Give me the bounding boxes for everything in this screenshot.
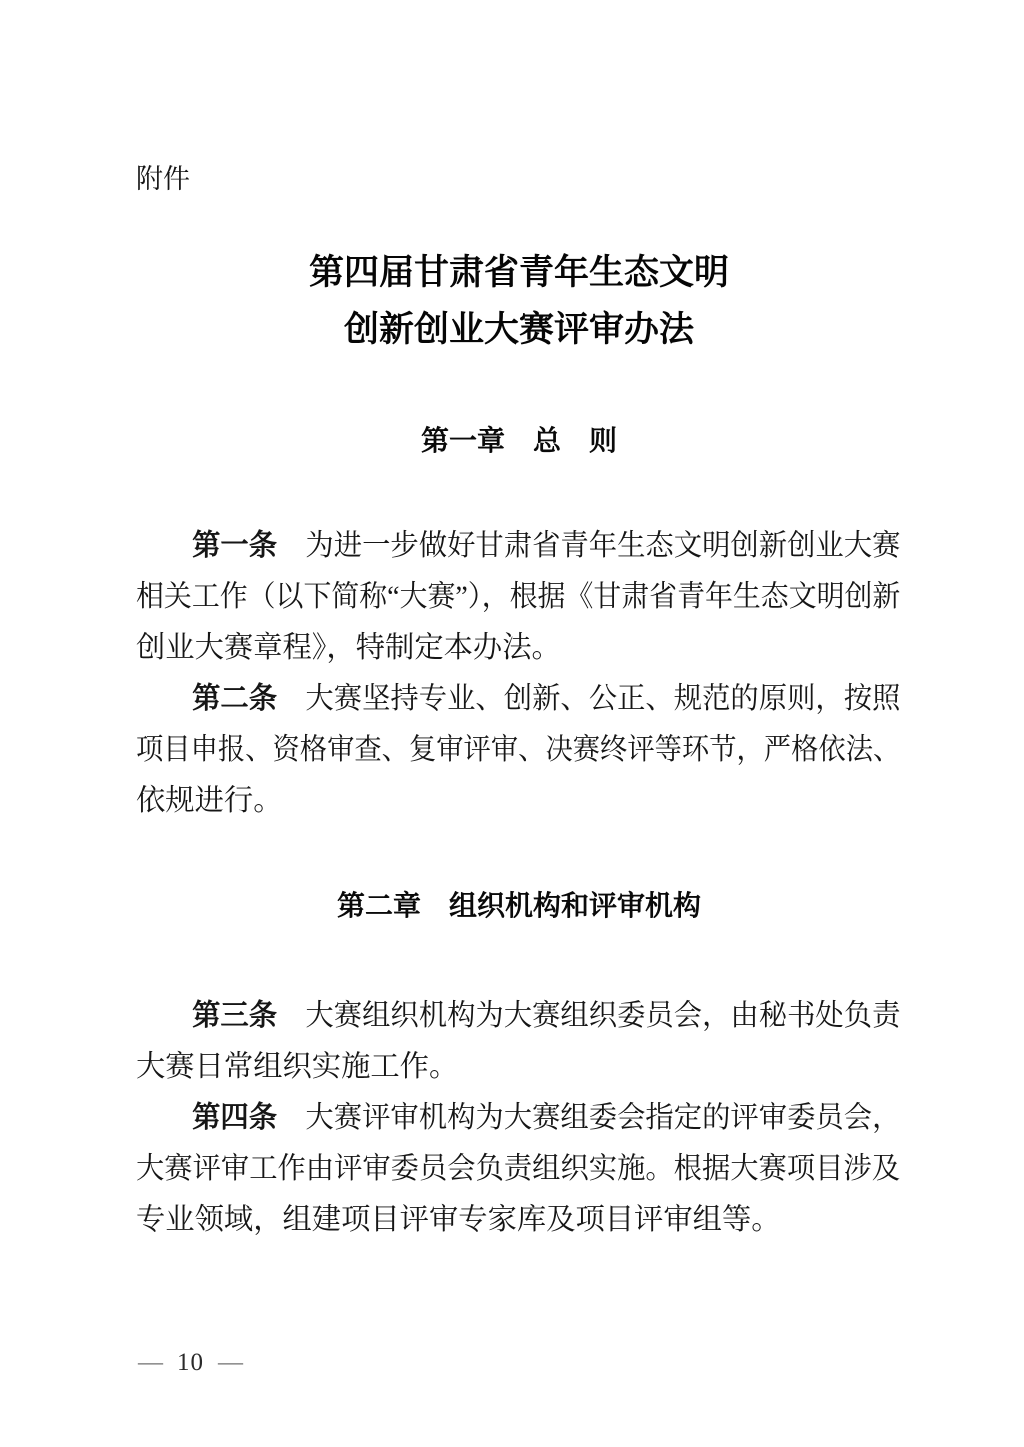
text-line: 大赛评审工作由评审委员会负责组织实施。根据大赛项目涉及 [136,1144,874,1195]
document-page: 附件 第四届甘肃省青年生态文明 创新创业大赛评审办法 第一章 总 则 第一条 为… [0,0,1024,1447]
footer-dash-left: — [138,1345,163,1381]
text-line: 大赛日常组织实施工作。 [136,1042,900,1093]
article-number: 第二条 [192,683,277,715]
line-text: 专业领域，组建项目评审专家库及项目评审组等。 [136,1204,781,1236]
text-line: 相关工作（以下简称“大赛”），根据《甘肃省青年生态文明创新 [136,572,864,623]
chapter1-body: 第一条 为进一步做好甘肃省青年生态文明创新创业大赛 相关工作（以下简称“大赛”）… [136,521,900,827]
page-footer: — 10 — [138,1345,243,1381]
text-line: 第三条 大赛组织机构为大赛组织委员会，由秘书处负责 [136,991,875,1042]
text-line: 项目申报、资格审查、复审评审、决赛终评等环节，严格依法、 [136,725,848,776]
document-title-line2: 创新创业大赛评审办法 [137,301,901,358]
line-text: 大赛评审工作由评审委员会负责组织实施。根据大赛项目涉及 [136,1153,900,1185]
attachment-label: 附件 [136,162,190,196]
text-line: 依规进行。 [136,776,900,827]
text-line: 创业大赛章程》，特制定本办法。 [136,623,900,674]
line-text: 项目申报、资格审查、复审评审、决赛终评等环节，严格依法、 [136,734,900,766]
chapter1-heading: 第一章 总 则 [137,421,901,461]
article-number: 第三条 [192,1000,277,1032]
text-line: 第一条 为进一步做好甘肃省青年生态文明创新创业大赛 [136,521,875,572]
text-line: 第二条 大赛坚持专业、创新、公正、规范的原则，按照 [136,674,875,725]
text-line: 第四条 大赛评审机构为大赛组委会指定的评审委员会， [136,1093,875,1144]
line-text: 大赛日常组织实施工作。 [136,1051,458,1083]
line-text: 创业大赛章程》，特制定本办法。 [136,632,561,664]
article-number: 第一条 [192,530,277,562]
chapter2-body: 第三条 大赛组织机构为大赛组织委员会，由秘书处负责 大赛日常组织实施工作。 第四… [136,991,900,1246]
line-text: 大赛评审机构为大赛组委会指定的评审委员会， [277,1102,900,1134]
text-line: 专业领域，组建项目评审专家库及项目评审组等。 [136,1195,900,1246]
footer-dash-right: — [218,1345,243,1381]
document-title-line1: 第四届甘肃省青年生态文明 [137,244,901,301]
document-title: 第四届甘肃省青年生态文明 创新创业大赛评审办法 [137,244,901,358]
line-text: 大赛组织机构为大赛组织委员会，由秘书处负责 [277,1000,900,1032]
page-number: 10 [177,1345,204,1381]
article-number: 第四条 [192,1102,277,1134]
line-text: 依规进行。 [136,785,282,817]
line-text: 相关工作（以下简称“大赛”），根据《甘肃省青年生态文明创新 [136,581,900,613]
line-text: 大赛坚持专业、创新、公正、规范的原则，按照 [277,683,900,715]
chapter2-heading: 第二章 组织机构和评审机构 [137,886,901,926]
line-text: 为进一步做好甘肃省青年生态文明创新创业大赛 [277,530,900,562]
